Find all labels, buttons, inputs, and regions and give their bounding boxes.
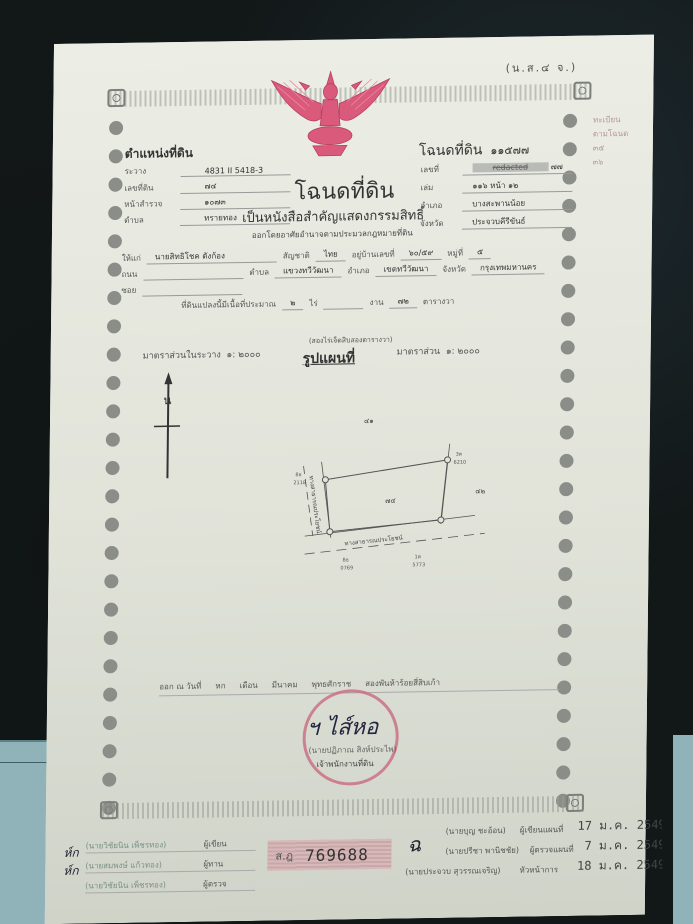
field-volume: เล่ม ๑๑๖ หน้า ๑๒	[420, 178, 572, 194]
area-rai: ๒	[282, 296, 303, 310]
serial-number-box: ส.ฎ 769688	[267, 839, 391, 871]
svg-text:ทางสาธารณประโยชน์: ทางสาธารณประโยชน์	[307, 475, 322, 534]
svg-text:5773: 5773	[412, 562, 425, 568]
land-location-heading: ตำแหน่งที่ดิน	[125, 144, 193, 164]
scale-right: มาตราส่วน ๑: ๒๐๐๐	[397, 343, 480, 358]
parcel-map: น ๔๑ ๔๒ ๗๔ 8ธ 2118 3ต 6210 8ธ 0769 1ต 57…	[144, 363, 506, 589]
subdistrict-label: ตำบล	[249, 266, 269, 279]
issue-date-label: ออก ณ วันที่	[159, 680, 201, 694]
officer-title: เจ้าพนักงานที่ดิน	[316, 757, 373, 771]
area-in-words: (สองไร่เจ็ดสิบสองตารางวา)	[309, 335, 393, 347]
staff-signatures-right: (นายบุญ ชะอ้อน) ผู้เขียนแผนที่ 17 ม.ค. 2…	[405, 814, 666, 878]
svg-text:ทางสาธารณประโยชน์: ทางสาธารณประโยชน์	[344, 533, 403, 547]
handwritten-signature: ห์ก	[63, 862, 78, 881]
deed-number-header: โฉนดที่ดิน๑๑๕๗๗	[419, 139, 530, 163]
soi-label: ซอย	[121, 284, 136, 297]
district-label: อำเภอ	[347, 264, 369, 277]
staff-signatures-left: (นายวิชัยนิน เพ็ชรทอง) ผู้เขียน (นายสมพง…	[85, 831, 256, 894]
moo-label: หมู่ที่	[447, 247, 463, 260]
nationality-label: สัญชาติ	[283, 249, 310, 262]
map-staff-row: (นายปรีชา พานิชชัย) ผู้ตรวจแผนที่ 7 ม.ค.…	[405, 834, 665, 858]
svg-text:๔๒: ๔๒	[475, 487, 485, 495]
deed-title: โฉนดที่ดิน	[294, 173, 394, 210]
issue-year: สองพันห้าร้อยสี่สิบเก้า	[365, 676, 440, 690]
field-label: เล่ม	[420, 181, 462, 195]
margin-notes: ทะเบียนตามโฉนด๓๕๓๖	[593, 113, 629, 170]
floor-tile-right	[673, 735, 693, 924]
map-staff-row: (นายประจวบ สุวรรณเจริญ) หัวหน้าการ 18 ม.…	[405, 854, 665, 878]
field-map-sheet: ระวาง 4831 II 5418-3	[125, 162, 291, 178]
deed-subtitle: เป็นหนังสือสำคัญแสดงกรรมสิทธิ์	[242, 204, 424, 228]
field-label: ตำบล	[124, 213, 180, 227]
svg-text:3ต: 3ต	[456, 452, 462, 458]
field-value: ๗๔	[180, 178, 290, 194]
issue-day: หก	[215, 679, 225, 692]
field-value: 4831 II 5418-3	[181, 165, 291, 177]
field-district: อำเภอ บางสะพานน้อย	[420, 196, 572, 212]
map-staff-row: (นายบุญ ชะอ้อน) ผู้เขียนแผนที่ 17 ม.ค. 2…	[406, 814, 666, 838]
officer-name: (นายปฏิภาณ สิงห์ประไพ)	[308, 743, 396, 757]
address-label: อยู่บ้านเลขที่	[352, 248, 395, 262]
handwritten-signature: ห์ก	[63, 844, 78, 863]
svg-text:6210: 6210	[453, 460, 466, 466]
field-label: เลขที่	[421, 163, 463, 177]
staff-row: (นายวิชัยนิน เพ็ชรทอง) ผู้เขียน	[86, 831, 256, 854]
district: เขตทวีวัฒนา	[376, 262, 437, 277]
svg-text:1ต: 1ต	[415, 554, 421, 560]
field-value: บางสะพานน้อย	[462, 196, 572, 212]
staff-row: (นายสมพงษ์ แก้วทอง) ผู้ทาน	[85, 851, 255, 874]
svg-text:๔๑: ๔๑	[364, 417, 374, 425]
field-number: เลขที่ redacted ๗๗	[421, 160, 573, 176]
field-land-number: เลขที่ดิน ๗๔	[124, 178, 290, 195]
area-sq-wa: ๗๒	[390, 294, 417, 308]
corner-ornament-icon	[573, 82, 591, 100]
ngan-label: งาน	[370, 296, 384, 309]
north-arrow-icon: น	[153, 372, 180, 478]
field-label: จังหวัด	[420, 217, 462, 231]
svg-text:8ธ: 8ธ	[295, 472, 301, 478]
owner-name: นายสิทธิโชค ตังก้อง	[147, 249, 277, 265]
issue-month-label: เดือน	[240, 679, 258, 692]
rai-label: ไร่	[309, 297, 317, 310]
staff-row: (นายวิชัยนิน เพ็ชรทอง) ผู้ตรวจ	[85, 871, 255, 894]
road-label: ถนน	[122, 268, 138, 281]
svg-text:0769: 0769	[340, 565, 353, 571]
field-label: หน้าสำรวจ	[124, 197, 180, 211]
area-label: ที่ดินแปลงนี้มีเนื้อที่ประมาณ	[181, 298, 276, 312]
field-value: ประจวบคีรีขันธ์	[462, 214, 572, 230]
svg-text:น: น	[163, 393, 171, 407]
subdistrict: แขวงทวีวัฒนา	[275, 263, 342, 278]
svg-text:๗๔: ๗๔	[385, 497, 396, 505]
svg-text:2118: 2118	[293, 480, 306, 486]
title-deed-document: (น.ส.๔ จ.) ตำแหน่งที่ดิน ระวาง 483	[45, 35, 654, 924]
deed-number-label: โฉนดที่ดิน	[419, 142, 483, 159]
redacted-value: redacted	[473, 162, 549, 172]
deed-number: ๑๑๕๗๗	[490, 144, 529, 158]
deed-issued-by: ออกโดยอาศัยอำนาจตามประมวลกฎหมายที่ดิน	[252, 226, 413, 242]
province-label: จังหวัด	[442, 263, 466, 276]
address-number: ๖๐/๕๙	[401, 246, 442, 261]
issue-month: มีนาคม	[272, 678, 298, 691]
province: กรุงเทพมหานคร	[472, 260, 545, 275]
field-label: ระวาง	[125, 164, 181, 178]
svg-text:8ธ: 8ธ	[342, 557, 348, 563]
garuda-emblem-icon	[265, 67, 396, 164]
field-province: จังหวัด ประจวบคีรีขันธ์	[420, 214, 572, 230]
moo: ๕	[469, 245, 491, 259]
nationality: ไทย	[316, 247, 346, 261]
serial-prefix: ส.ฎ	[275, 846, 293, 864]
sq-wa-label: ตารางวา	[423, 295, 455, 308]
serial-number: 769688	[305, 845, 369, 865]
field-label: อำเภอ	[420, 199, 462, 213]
officer-signature: ฯ ไส์หอ	[307, 709, 379, 745]
scale-left: มาตราส่วนในระวาง ๑: ๒๐๐๐	[143, 347, 261, 363]
owner-block: ให้แก่ นายสิทธิโชค ตังก้อง สัญชาติ ไทย อ…	[121, 242, 582, 313]
corner-ornament-icon	[566, 794, 584, 812]
field-label: เลขที่ดิน	[124, 181, 180, 195]
form-number: (น.ส.๔ จ.)	[506, 58, 578, 77]
corner-ornament-icon	[100, 801, 118, 819]
corner-ornament-icon	[107, 89, 125, 107]
field-value: ๑๑๖ หน้า ๑๒	[462, 178, 572, 194]
field-value: redacted ๗๗	[463, 160, 573, 176]
owner-label: ให้แก่	[122, 252, 141, 265]
